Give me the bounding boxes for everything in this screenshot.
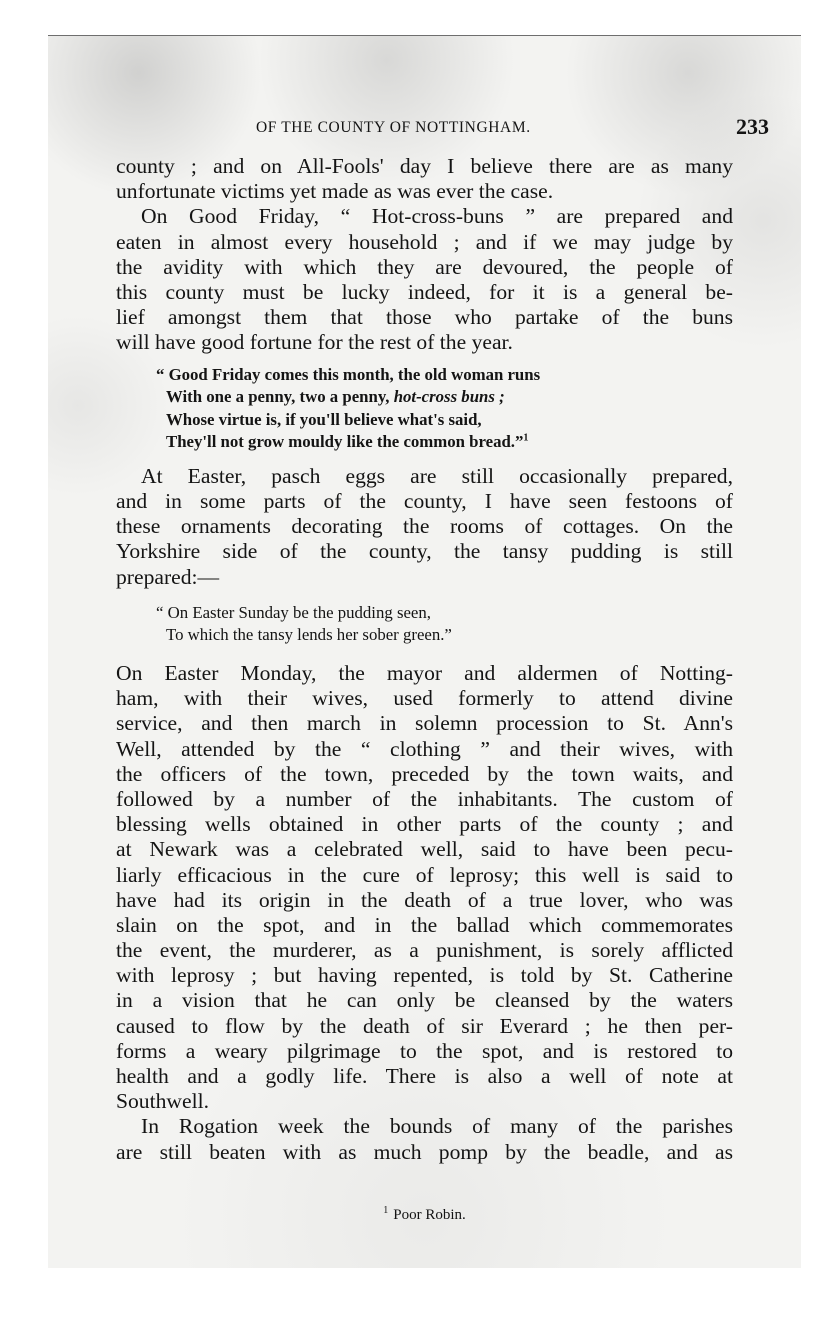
text-line: forms a weary pilgrimage to the spot, an… <box>116 1039 733 1064</box>
running-head: OF THE COUNTY OF NOTTINGHAM. <box>256 119 531 137</box>
text-line: prepared:— <box>116 565 733 590</box>
text-line: have had its origin in the death of a tr… <box>116 888 733 913</box>
text-line: are still beaten with as much pomp by th… <box>116 1140 733 1165</box>
text-line: ham, with their wives, used formerly to … <box>116 686 733 711</box>
text-line: At Easter, pasch eggs are still occasion… <box>116 464 733 489</box>
text-line: On Easter Monday, the mayor and aldermen… <box>116 661 733 686</box>
text-line: service, and then march in solemn proces… <box>116 711 733 736</box>
text-line: On Good Friday, “ Hot-cross-buns ” are p… <box>116 204 733 229</box>
verse-line: “ Good Friday comes this month, the old … <box>156 364 733 387</box>
text-line: in a vision that he can only be cleansed… <box>116 988 733 1013</box>
verse-line-text: They'll not grow mouldy like the common … <box>166 432 523 451</box>
text-line: followed by a number of the inhabitants.… <box>116 787 733 812</box>
page-number: 233 <box>736 114 769 140</box>
verse-line: Whose virtue is, if you'll believe what'… <box>156 409 733 432</box>
paragraph-good-friday: On Good Friday, “ Hot-cross-buns ” are p… <box>116 204 733 355</box>
verse-hot-cross-buns: “ Good Friday comes this month, the old … <box>116 364 733 454</box>
verse-tansy-pudding: “ On Easter Sunday be the pudding seen, … <box>116 602 733 647</box>
verse-line-text: With one a penny, two a penny, <box>166 387 394 406</box>
text-line: Yorkshire side of the county, the tansy … <box>116 539 733 564</box>
paragraph-easter-monday: On Easter Monday, the mayor and aldermen… <box>116 661 733 1114</box>
text-line: Southwell. <box>116 1089 733 1114</box>
text-line: the event, the murderer, as a punishment… <box>116 938 733 963</box>
text-line: eaten in almost every household ; and if… <box>116 230 733 255</box>
text-line: blessing wells obtained in other parts o… <box>116 812 733 837</box>
verse-italic-text: hot-cross buns ; <box>394 387 505 406</box>
text-line: caused to flow by the death of sir Evera… <box>116 1014 733 1039</box>
text-line: liarly efficacious in the cure of lepros… <box>116 863 733 888</box>
text-line: In Rogation week the bounds of many of t… <box>116 1114 733 1139</box>
footnote-mark: 1 <box>383 1205 388 1216</box>
body-text: county ; and on All-Fools' day I believe… <box>116 154 733 1165</box>
verse-line: “ On Easter Sunday be the pudding seen, <box>156 602 733 625</box>
text-line: Well, attended by the “ clothing ” and t… <box>116 737 733 762</box>
footnote-reference[interactable]: 1 <box>523 433 528 444</box>
text-line: lief amongst them that those who partake… <box>116 305 733 330</box>
verse-line: With one a penny, two a penny, hot-cross… <box>156 386 733 409</box>
text-line: health and a godly life. There is also a… <box>116 1064 733 1089</box>
text-line: at Newark was a celebrated well, said to… <box>116 837 733 862</box>
text-line: will have good fortune for the rest of t… <box>116 330 733 355</box>
text-line: this county must be lucky indeed, for it… <box>116 280 733 305</box>
verse-line: To which the tansy lends her sober green… <box>156 624 733 647</box>
text-line: with leprosy ; but having repented, is t… <box>116 963 733 988</box>
text-line: slain on the spot, and in the ballad whi… <box>116 913 733 938</box>
text-line: the avidity with which they are devoured… <box>116 255 733 280</box>
footnote-text: Poor Robin. <box>393 1207 466 1223</box>
book-page: OF THE COUNTY OF NOTTINGHAM. 233 county … <box>48 35 801 1268</box>
verse-line: They'll not grow mouldy like the common … <box>156 431 733 454</box>
page-header: OF THE COUNTY OF NOTTINGHAM. 233 <box>48 119 801 143</box>
text-line: unfortunate victims yet made as was ever… <box>116 179 733 204</box>
footnote: 1Poor Robin. <box>48 1207 801 1224</box>
text-line: county ; and on All-Fools' day I believe… <box>116 154 733 179</box>
paragraph-rogation: In Rogation week the bounds of many of t… <box>116 1114 733 1164</box>
text-line: these ornaments decorating the rooms of … <box>116 514 733 539</box>
paragraph-easter: At Easter, pasch eggs are still occasion… <box>116 464 733 590</box>
text-line: the officers of the town, preceded by th… <box>116 762 733 787</box>
text-line: and in some parts of the county, I have … <box>116 489 733 514</box>
paragraph-all-fools: county ; and on All-Fools' day I believe… <box>116 154 733 204</box>
